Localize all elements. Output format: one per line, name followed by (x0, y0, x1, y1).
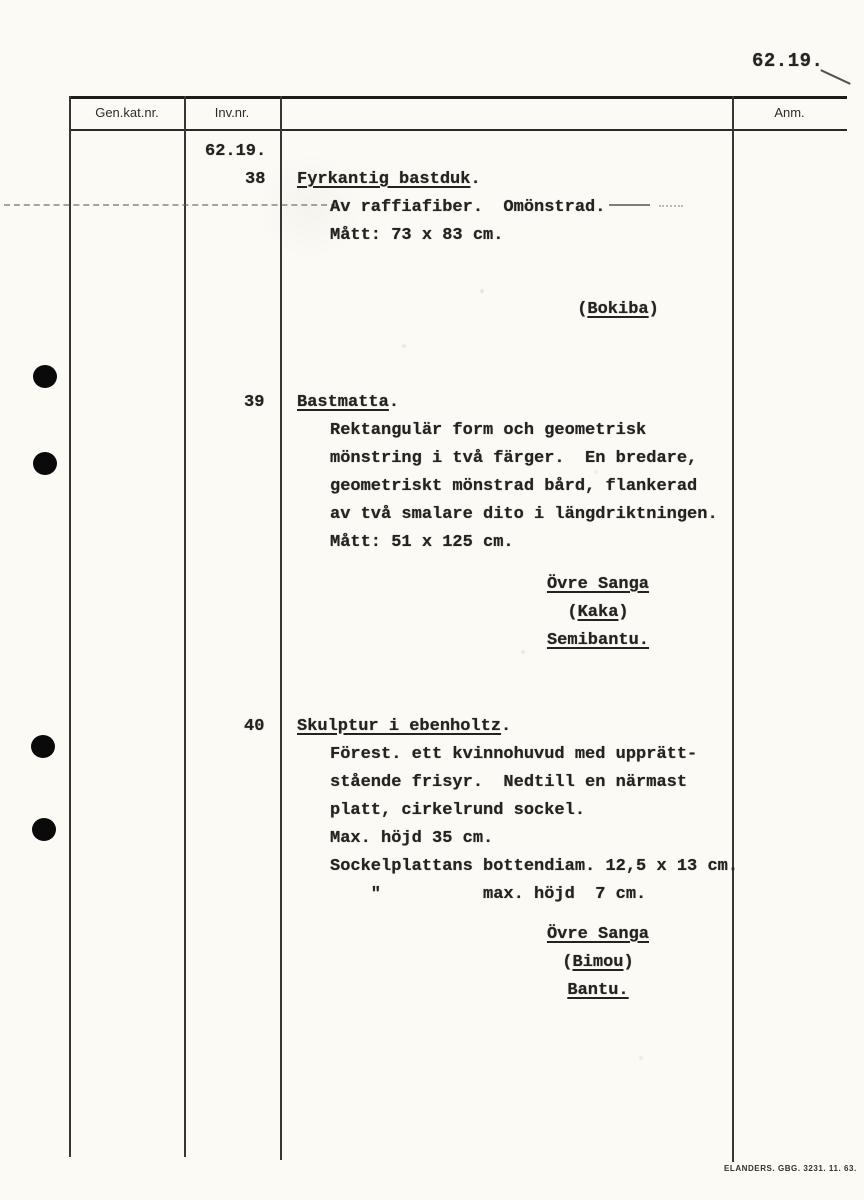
provenance-line: (Bokiba) (538, 296, 698, 324)
item-number-38: 38 (245, 166, 265, 194)
entry-title: Skulptur i ebenholtz. (297, 713, 738, 741)
item-number-40: 40 (244, 713, 264, 741)
table-column-line-left (69, 96, 71, 1157)
entry-title-period: . (501, 717, 511, 736)
provenance-line: Bantu. (518, 977, 678, 1005)
entry-text-line: mönstring i två färger. En bredare, (330, 445, 718, 473)
table-column-line-invnr (280, 96, 282, 1160)
entry-text-line: Förest. ett kvinnohuvud med upprätt- (330, 741, 738, 769)
table-column-line-anm (732, 96, 734, 1162)
entry-body: Rektangulär form och geometrisk mönstrin… (330, 417, 718, 557)
catalog-entry-38: Fyrkantig bastduk. Av raffiafiber. Omöns… (297, 166, 605, 250)
table-column-line-genkat (184, 96, 186, 1157)
catalog-entry-39: Bastmatta. Rektangulär form och geometri… (297, 389, 718, 557)
entry-text-line: av två smalare dito i längdriktningen. (330, 501, 718, 529)
entry-text-line: stående frisyr. Nedtill en närmast (330, 769, 738, 797)
punch-hole (31, 735, 55, 758)
entry-text-line: geometriskt mönstrad bård, flankerad (330, 473, 718, 501)
entry-body: Av raffiafiber. Omönstrad. Mått: 73 x 83… (330, 194, 605, 250)
printer-mark: ELANDERS. GBG. 3231. 11. 63. (724, 1164, 857, 1173)
entry-text-line: Mått: 73 x 83 cm. (330, 222, 605, 250)
entry-text-line: Sockelplattans bottendiam. 12,5 x 13 cm. (330, 853, 738, 881)
provenance-line: Övre Sanga (518, 571, 678, 599)
entry-title-period: . (470, 170, 480, 189)
entry-text-line: Av raffiafiber. Omönstrad. (330, 194, 605, 222)
section-number: 62.19. (205, 138, 266, 166)
entry-text-line: platt, cirkelrund sockel. (330, 797, 738, 825)
entry-title: Fyrkantig bastduk. (297, 166, 605, 194)
page-number: 62.19. (752, 50, 823, 72)
provenance-block-38: (Bokiba) (538, 296, 698, 324)
pencil-dashed-line (4, 204, 337, 206)
entry-text-line: Mått: 51 x 125 cm. (330, 529, 718, 557)
item-number-39: 39 (244, 389, 264, 417)
provenance-line: (Bimou) (518, 949, 678, 977)
provenance-line: (Kaka) (518, 599, 678, 627)
provenance-line: Semibantu. (518, 627, 678, 655)
entry-title: Bastmatta. (297, 389, 718, 417)
punch-hole (33, 452, 57, 475)
entry-title-text: Fyrkantig bastduk (297, 170, 470, 189)
entry-text-line: Rektangulär form och geometrisk (330, 417, 718, 445)
entry-text-line: Max. höjd 35 cm. (330, 825, 738, 853)
column-header-anm: Anm. (732, 96, 847, 130)
scanned-catalog-page: 62.19. Gen.kat.nr. Inv.nr. Anm. 62.19. 3… (0, 0, 864, 1200)
column-header-gen-kat-nr: Gen.kat.nr. (70, 96, 184, 130)
provenance-line: Övre Sanga (518, 921, 678, 949)
pencil-mark (820, 69, 851, 85)
provenance-block-40: Övre Sanga (Bimou) Bantu. (518, 921, 678, 1005)
punch-hole (32, 818, 56, 841)
catalog-entry-40: Skulptur i ebenholtz. Förest. ett kvinno… (297, 713, 738, 909)
column-header-inv-nr: Inv.nr. (184, 96, 280, 130)
provenance-block-39: Övre Sanga (Kaka) Semibantu. (518, 571, 678, 655)
pencil-dash-faint (659, 205, 683, 207)
entry-title-text: Bastmatta (297, 393, 389, 412)
entry-title-text: Skulptur i ebenholtz (297, 717, 501, 736)
entry-text-line: " max. höjd 7 cm. (330, 881, 738, 909)
entry-title-period: . (389, 393, 399, 412)
entry-body: Förest. ett kvinnohuvud med upprätt- stå… (330, 741, 738, 909)
pencil-dash (609, 204, 650, 206)
punch-hole (33, 365, 57, 388)
